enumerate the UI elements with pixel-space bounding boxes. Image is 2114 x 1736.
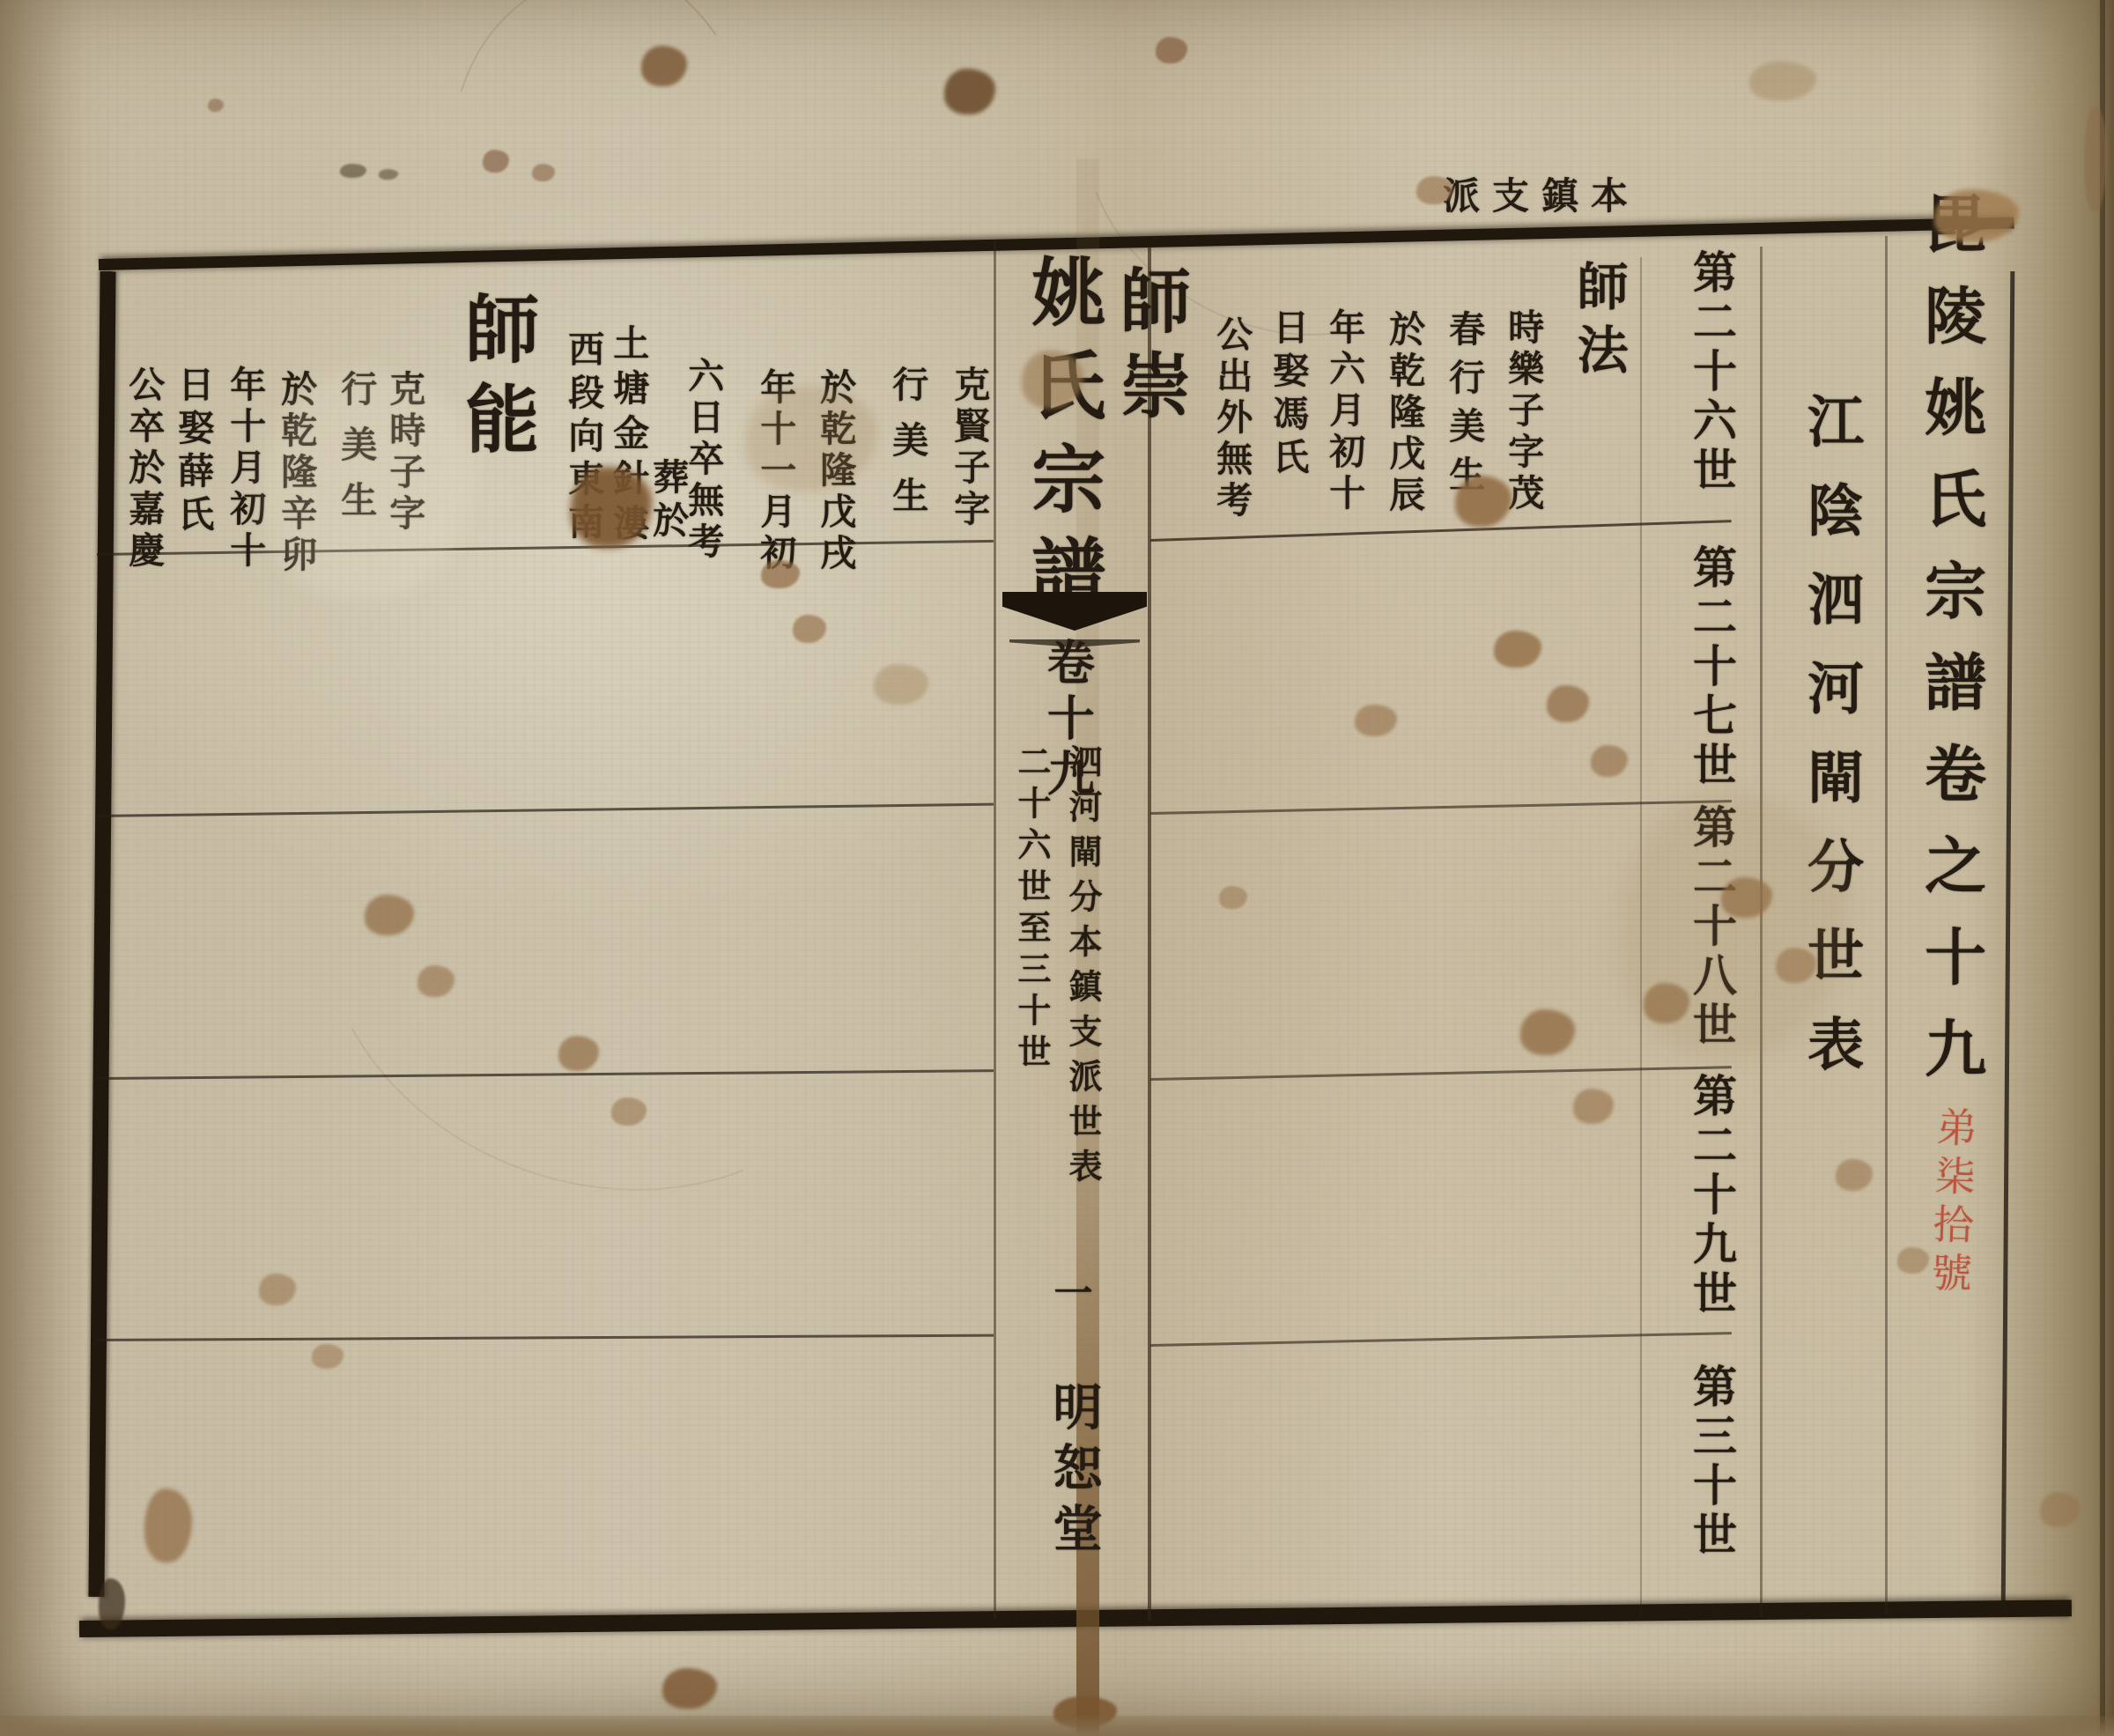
stain [264, 370, 476, 599]
stain [1520, 1009, 1575, 1055]
stain [1591, 745, 1628, 777]
stain [1022, 351, 1083, 409]
stain [1219, 886, 1247, 909]
stain [418, 965, 455, 997]
stain [1934, 189, 2019, 242]
stain [1573, 1089, 1614, 1124]
stain [1416, 176, 1453, 204]
stain [874, 664, 928, 705]
paper-bottom-edge [0, 1716, 2114, 1736]
stain [483, 150, 509, 173]
stain [365, 895, 414, 935]
stain [761, 560, 800, 588]
stain [662, 1668, 717, 1709]
stain [571, 467, 652, 548]
stain [1355, 705, 1397, 736]
stain [1749, 62, 1816, 100]
stain [1494, 631, 1541, 668]
stain [2040, 1492, 2081, 1527]
stain [144, 1489, 192, 1562]
stain [1897, 1247, 1929, 1274]
stain [944, 69, 995, 115]
stain [558, 1036, 599, 1071]
stain [745, 386, 877, 491]
stain [1156, 37, 1187, 63]
stain [611, 1097, 647, 1126]
stain [379, 169, 398, 180]
stain [1621, 793, 1850, 1057]
stain [340, 164, 366, 178]
stain [2084, 106, 2107, 211]
stain-layer [0, 0, 2114, 1736]
genealogy-book-scan: 本鎮支派 毘陵姚氏宗譜卷之十九 江陰泗河閘分世表 第二十六世 第二十七世 第二十… [0, 0, 2114, 1736]
stain [259, 1274, 296, 1305]
stain [1455, 476, 1512, 527]
stain [99, 1578, 125, 1629]
stain [793, 615, 826, 643]
stain [1547, 685, 1589, 722]
stain [1836, 1159, 1873, 1191]
stain [312, 1344, 344, 1369]
stain [208, 99, 224, 112]
stain [532, 164, 555, 181]
stain [641, 46, 687, 86]
